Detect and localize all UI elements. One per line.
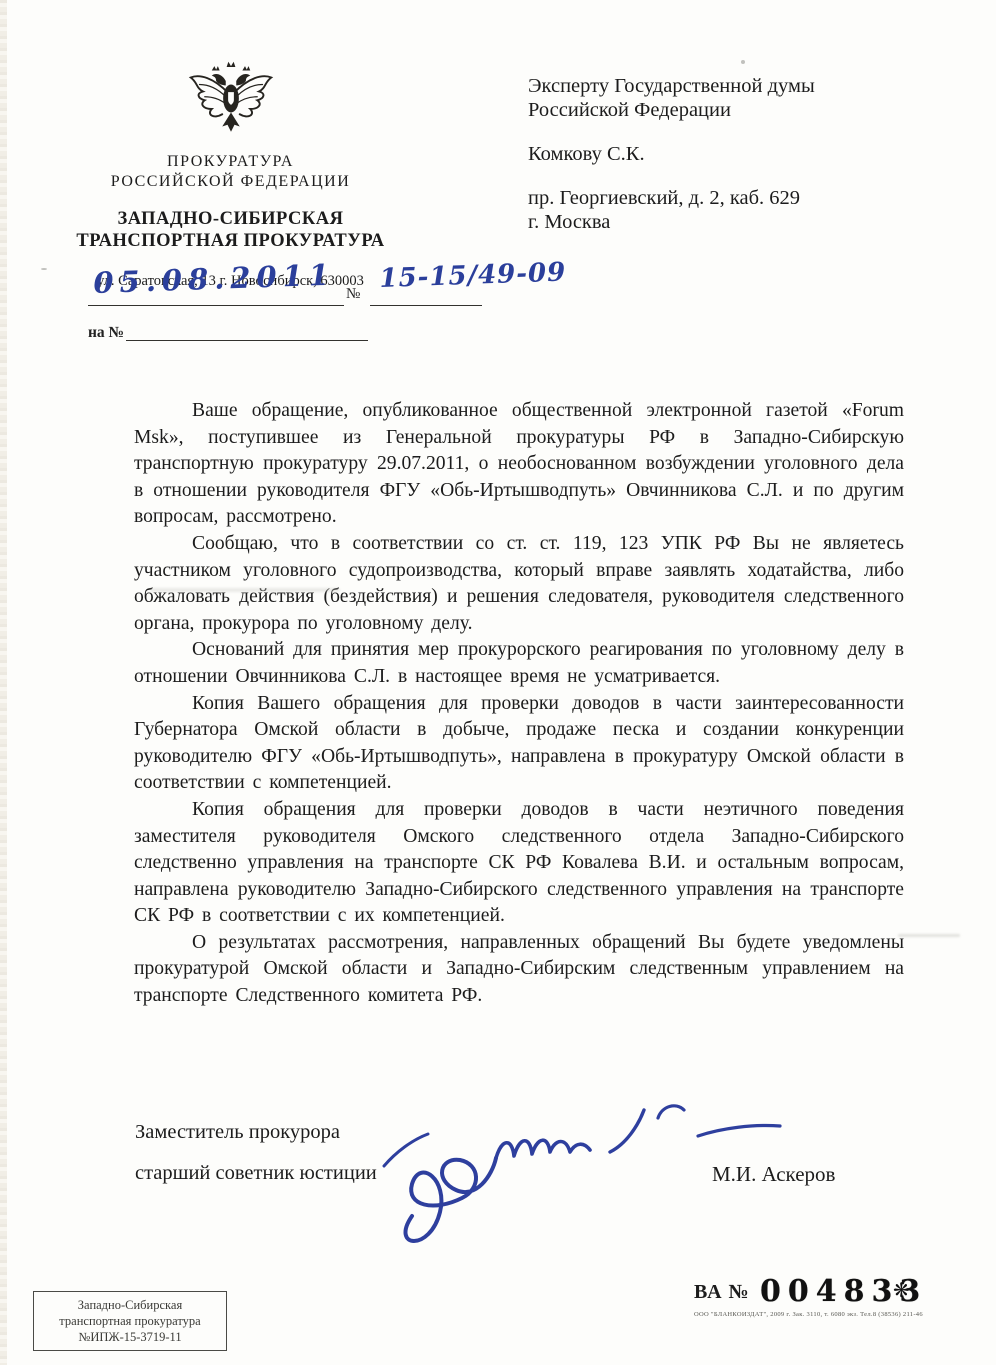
- addressee-name: Комкову С.К.: [528, 142, 948, 166]
- scan-speck: [741, 60, 745, 64]
- scan-speck: [41, 268, 47, 270]
- spacer: [528, 166, 948, 186]
- incoming-ref-row: на №: [88, 324, 124, 342]
- spacer: [528, 122, 948, 142]
- scanned-letter-page: ПРОКУРАТУРА РОССИЙСКОЙ ФЕДЕРАЦИИ ЗАПАДНО…: [0, 0, 996, 1365]
- form-series-label: ВА №: [694, 1281, 750, 1304]
- printing-house-info: ООО "БЛАНКОИЗДАТ", 2009 г. Зак. 3110, т.…: [694, 1311, 923, 1318]
- incoming-ref-underline: [126, 340, 368, 341]
- number-underline: [370, 305, 482, 306]
- paragraph: Копия обращения для проверки доводов в ч…: [134, 797, 904, 930]
- scan-edge-artifact: [0, 0, 7, 1365]
- paragraph: Оснований для принятия мер прокурорского…: [134, 637, 904, 690]
- handwritten-signature: [382, 1100, 812, 1245]
- addressee-address-line1: пр. Георгиевский, д. 2, каб. 629: [528, 186, 948, 210]
- paragraph: Сообщаю, что в соответствии со ст. ст. 1…: [134, 531, 904, 637]
- letterhead: ПРОКУРАТУРА РОССИЙСКОЙ ФЕДЕРАЦИИ ЗАПАДНО…: [48, 60, 413, 290]
- org-name-line1: ЗАПАДНО-СИБИРСКАЯ: [48, 208, 413, 230]
- scan-smudge: [150, 588, 340, 592]
- paragraph: Копия Вашего обращения для проверки дово…: [134, 691, 904, 797]
- registration-stamp: Западно-Сибирская транспортная прокурату…: [33, 1291, 227, 1351]
- handwritten-ref-number: 15-15/49-09: [379, 257, 567, 294]
- reference-row: 05.08.2011 № 15-15/49-09: [88, 264, 588, 344]
- addressee-line2: Российской Федерации: [528, 98, 948, 122]
- date-underline: [88, 305, 344, 306]
- stamp-line1: Западно-Сибирская: [34, 1297, 226, 1313]
- org-name-line2: ТРАНСПОРТНАЯ ПРОКУРАТУРА: [48, 230, 413, 252]
- org-country-line2: РОССИЙСКОЙ ФЕДЕРАЦИИ: [48, 172, 413, 192]
- signer-position-line2: старший советник юстиции: [135, 1162, 377, 1185]
- scan-smudge: [898, 934, 960, 937]
- stamp-line3: №ИПЖ-15-3719-11: [34, 1329, 226, 1345]
- paragraph: Ваше обращение, опубликованное обществен…: [134, 398, 904, 531]
- incoming-ref-label: на №: [88, 324, 124, 341]
- number-sign-label: №: [346, 286, 360, 303]
- addressee-line1: Эксперту Государственной думы: [528, 74, 948, 98]
- addressee-block: Эксперту Государственной думы Российской…: [528, 74, 948, 234]
- paragraph: О результатах рассмотрения, направленных…: [134, 930, 904, 1010]
- letter-body: Ваше обращение, опубликованное обществен…: [134, 398, 904, 1010]
- org-country-line1: ПРОКУРАТУРА: [48, 152, 413, 172]
- addressee-address-line2: г. Москва: [528, 210, 948, 234]
- handwritten-date: 05.08.2011: [93, 258, 336, 300]
- flower-asterisk-icon: ❋: [893, 1278, 910, 1303]
- stamp-line2: транспортная прокуратура: [34, 1313, 226, 1329]
- signer-position-line1: Заместитель прокурора: [135, 1121, 340, 1144]
- double-headed-eagle-icon: [187, 60, 275, 144]
